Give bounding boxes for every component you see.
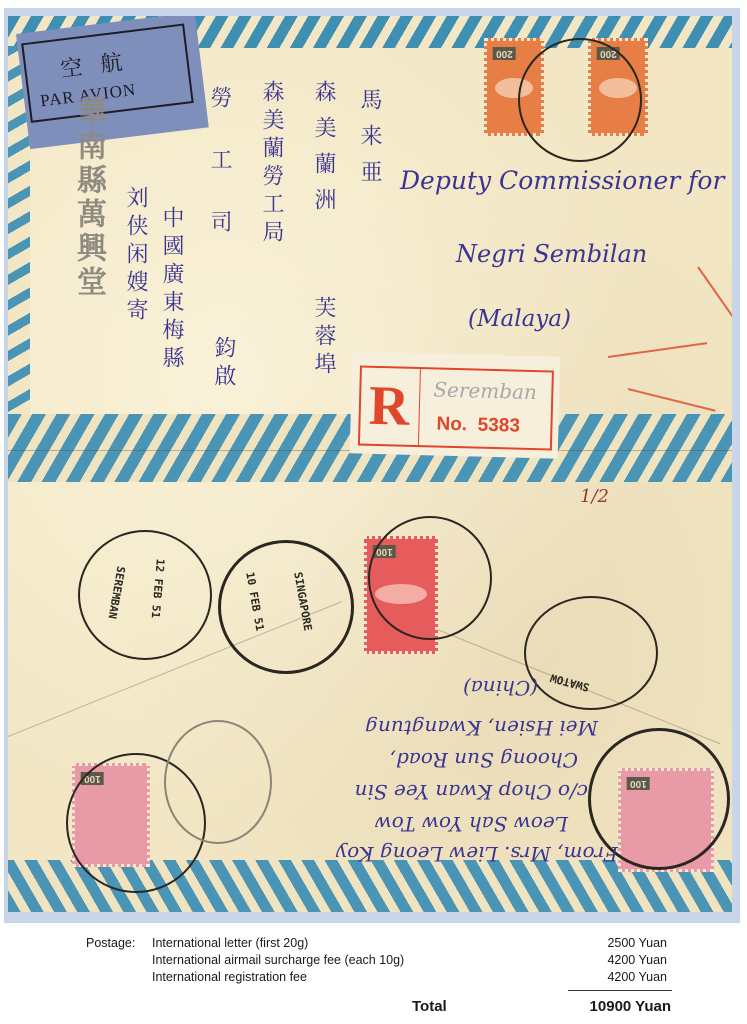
airmail-cover: 空航 PAR AVION 200 200 華南縣萬興堂 刘侠闲嫂寄 中國廣東梅縣… <box>8 16 732 912</box>
postmark-faint <box>164 720 272 844</box>
total-label: Total <box>412 998 447 1015</box>
postage-item-1: International letter (first 20g) <box>152 936 308 950</box>
postage-amount-2: 4200 Yuan <box>607 953 667 967</box>
postage-label: Postage: <box>86 936 135 950</box>
par-avion-label: 空航 PAR AVION <box>16 16 209 149</box>
recipient-chinese-2: 森美蘭洲 <box>308 80 339 224</box>
crayon-mark <box>608 342 707 358</box>
registration-letter: R <box>368 374 410 439</box>
recipient-chinese-5: 勞工司 <box>204 86 235 272</box>
recipient-line-2: Negri Sembilan <box>456 240 647 268</box>
postage-amount-3: 4200 Yuan <box>607 970 667 984</box>
recipient-chinese-3: 芙蓉埠 <box>308 296 339 380</box>
airmail-chinese-text: 空航 <box>59 43 142 84</box>
recipient-chinese-6: 鈞啟 <box>208 336 239 392</box>
sender-address-upside-down: From, Mrs. Liew Leong Koy Leow Sah Yow T… <box>308 656 588 866</box>
postmark-back-1 <box>368 516 492 640</box>
sender-chinese-2: 刘侠闲嫂寄 <box>120 186 151 326</box>
recipient-line-1: Deputy Commissioner for Labour <box>400 166 732 195</box>
sender-chinese-1: 中國廣東梅縣 <box>156 206 187 374</box>
registration-number: No. 5383 <box>436 414 520 438</box>
recipient-chinese-1: 馬来亜 <box>354 88 385 196</box>
postage-amount-1: 2500 Yuan <box>607 936 667 950</box>
crayon-mark <box>628 388 716 412</box>
postage-summary: Postage: International letter (first 20g… <box>0 932 747 1024</box>
sum-rule <box>568 990 672 991</box>
postage-item-3: International registration fee <box>152 970 307 984</box>
postage-item-2: International airmail surcharge fee (eac… <box>152 953 404 967</box>
registration-pencil-note: Seremban <box>433 377 537 404</box>
red-note: 1/2 <box>580 486 609 507</box>
sender-chop: 華南縣萬興堂 <box>66 96 110 300</box>
recipient-chinese-4: 森美蘭勞工局 <box>256 80 287 248</box>
registration-label: R Seremban No. 5383 <box>350 351 561 458</box>
recipient-line-3: (Malaya) <box>468 306 571 332</box>
postmark-seremban: SEREMBAN 12 FEB 51 <box>78 530 212 660</box>
postmark-front <box>518 38 642 162</box>
total-amount: 10900 Yuan <box>590 998 671 1015</box>
crayon-mark <box>697 266 732 316</box>
postmark-singapore: SINGAPORE 10 FEB 51 <box>218 540 354 674</box>
